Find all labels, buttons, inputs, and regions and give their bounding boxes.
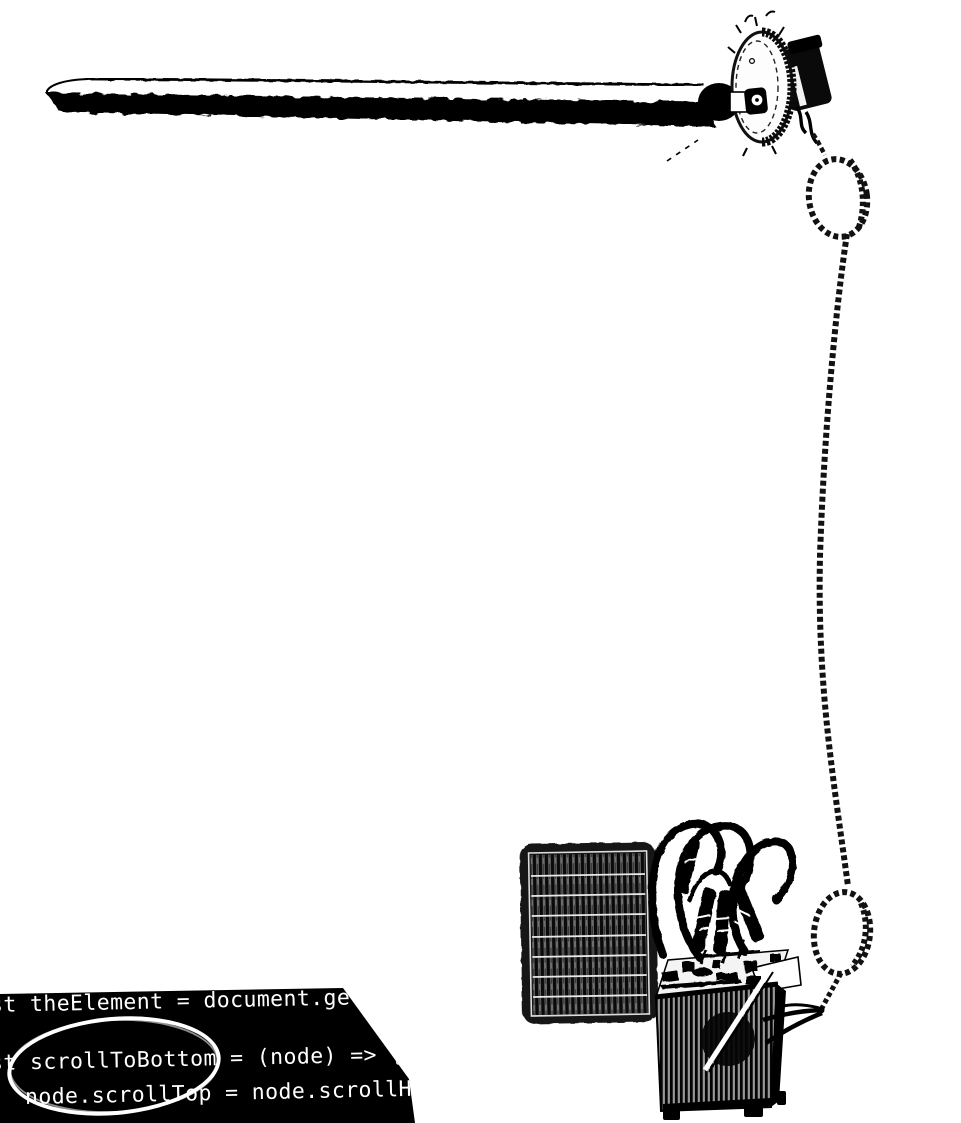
code-panel: st theElement = document.getEle st scrol… — [0, 980, 961, 1123]
collage-artwork: st theElement = document.getEle st scrol… — [0, 0, 961, 1123]
tube-top-outline — [86, 79, 704, 85]
fluorescent-tube — [46, 79, 740, 127]
tube-shadow-band — [46, 93, 716, 127]
alligator-clip — [690, 887, 716, 952]
disc-hole — [750, 59, 755, 64]
code-line: st theElement = document.getEle — [0, 986, 404, 1016]
motion-dashes — [667, 140, 698, 161]
alligator-clip — [713, 890, 732, 955]
code-panel-background: st theElement = document.getEle st scrol… — [0, 980, 961, 1123]
hub-pin — [755, 98, 759, 102]
motor-wire — [797, 107, 806, 133]
jumper-cables — [652, 824, 793, 964]
hanging-rope — [804, 134, 874, 1010]
artwork-canvas — [0, 0, 961, 1123]
rope-main-drop — [820, 234, 848, 886]
rope-upper-tail — [813, 134, 825, 155]
